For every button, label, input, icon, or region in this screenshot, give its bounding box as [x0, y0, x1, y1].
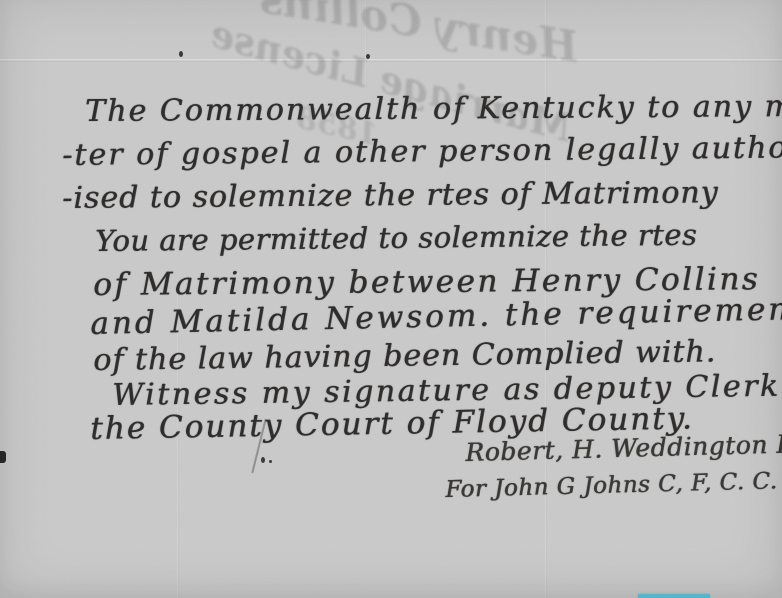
ink-speck: [269, 460, 272, 463]
fold-crease-vertical-top: [365, 0, 367, 90]
cyan-ui-fragment: [638, 594, 710, 598]
ink-speck: [366, 54, 370, 59]
handwritten-line: The Commonwealth of Kentucky to any mini…: [85, 92, 782, 127]
fold-crease-horizontal: [0, 59, 782, 62]
signature-line: Robert, H. Weddington Dc.: [465, 431, 782, 465]
signature-line: For John G Johns C, F, C. C.: [445, 470, 778, 502]
ink-speck: [261, 457, 265, 463]
handwritten-line: You are permitted to solemnize the rtes: [95, 221, 697, 256]
edge-ink-blob: [0, 451, 6, 463]
document-scan: Henry Collins Marriage License 1858 The …: [0, 0, 782, 598]
ink-speck: [179, 51, 183, 57]
handwritten-line: -ter of gospel a other person legally au…: [62, 133, 782, 171]
handwritten-line: -ised to solemnize the rtes of Matrimony: [62, 178, 719, 214]
